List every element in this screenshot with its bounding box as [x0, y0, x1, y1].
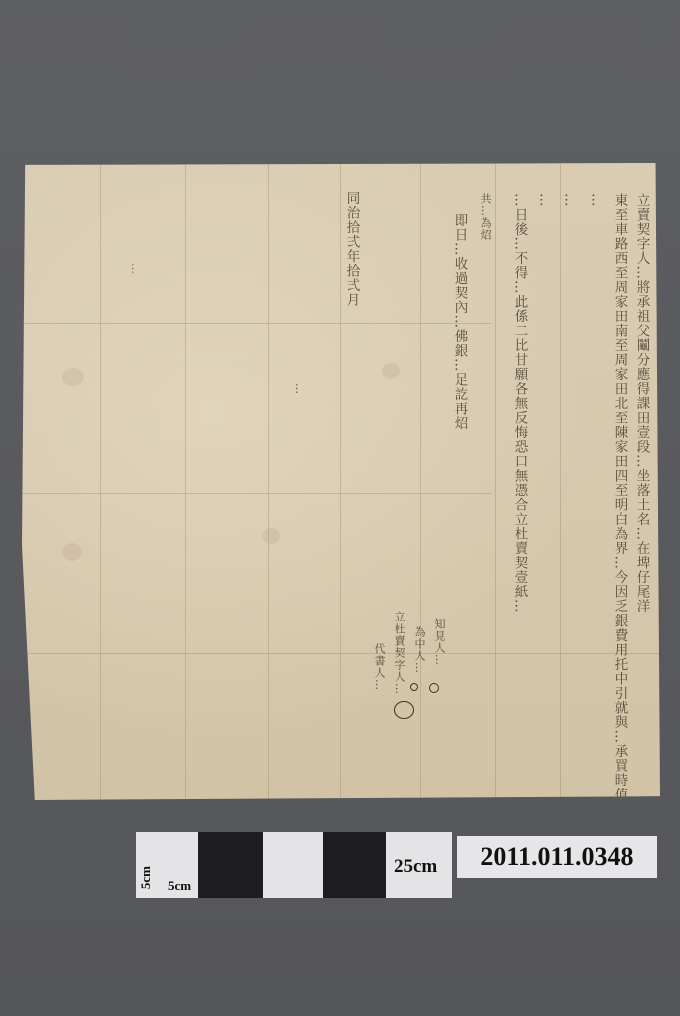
signatory-witness: 知見人… [434, 618, 445, 666]
margin-mark: … [130, 263, 141, 275]
scale-segment [263, 832, 323, 898]
text-column: … [562, 193, 576, 793]
fold-line [22, 323, 492, 324]
seal-mark [394, 701, 414, 719]
stain [382, 363, 400, 379]
deed-document: … 立賣契字人…將承祖父鬮分應得課田壹段…坐落土名…在埤仔尾洋 東至車路西至周家… [22, 163, 660, 800]
seal-note: … [294, 383, 305, 395]
receipt-line: 即日…收過契內…佛銀…足訖再炤 [452, 213, 466, 431]
catalog-id-label: 2011.011.0348 [457, 836, 657, 878]
signatory-scribe: 代書人… [374, 643, 385, 691]
fold-line [185, 163, 186, 800]
fold-line [100, 163, 101, 800]
fold-line [22, 493, 492, 494]
scale-label-25cm: 25cm [394, 856, 437, 878]
text-column: … [537, 193, 551, 793]
text-column: 立賣契字人…將承祖父鬮分應得課田壹段…坐落土名…在埤仔尾洋 [634, 193, 648, 793]
fold-line [268, 163, 269, 800]
scale-label-5cm: 5cm [168, 878, 191, 894]
scale-segment [198, 832, 263, 898]
fold-line [495, 163, 496, 800]
closing-line: 共…為炤 [480, 193, 491, 241]
text-column: … [589, 193, 603, 793]
fold-line [340, 163, 341, 800]
fold-line [560, 163, 561, 800]
text-column: 東至車路西至周家田南至周家田北至陳家田四至明白為界…今因乏銀費用托中引就與…承買… [612, 193, 626, 793]
seal-mark [410, 683, 418, 691]
signatory-seller: 立杜賣契字人… [394, 611, 405, 695]
fold-line [420, 163, 421, 800]
stain [62, 368, 84, 386]
date-line: 同治拾弍年拾弍月 [344, 191, 358, 307]
scale-label-vertical: 5cm [138, 866, 154, 889]
signatory-middleman: 為中人… [414, 626, 425, 674]
stain [62, 543, 82, 561]
scale-segment [323, 832, 386, 898]
scale-bar: 5cm 5cm 25cm [136, 832, 452, 898]
seal-mark [429, 683, 439, 693]
text-column: …日後…不得…此係二比甘願各無反悔恐口無憑合立杜賣契壹紙… [512, 193, 526, 793]
stain [262, 528, 280, 544]
